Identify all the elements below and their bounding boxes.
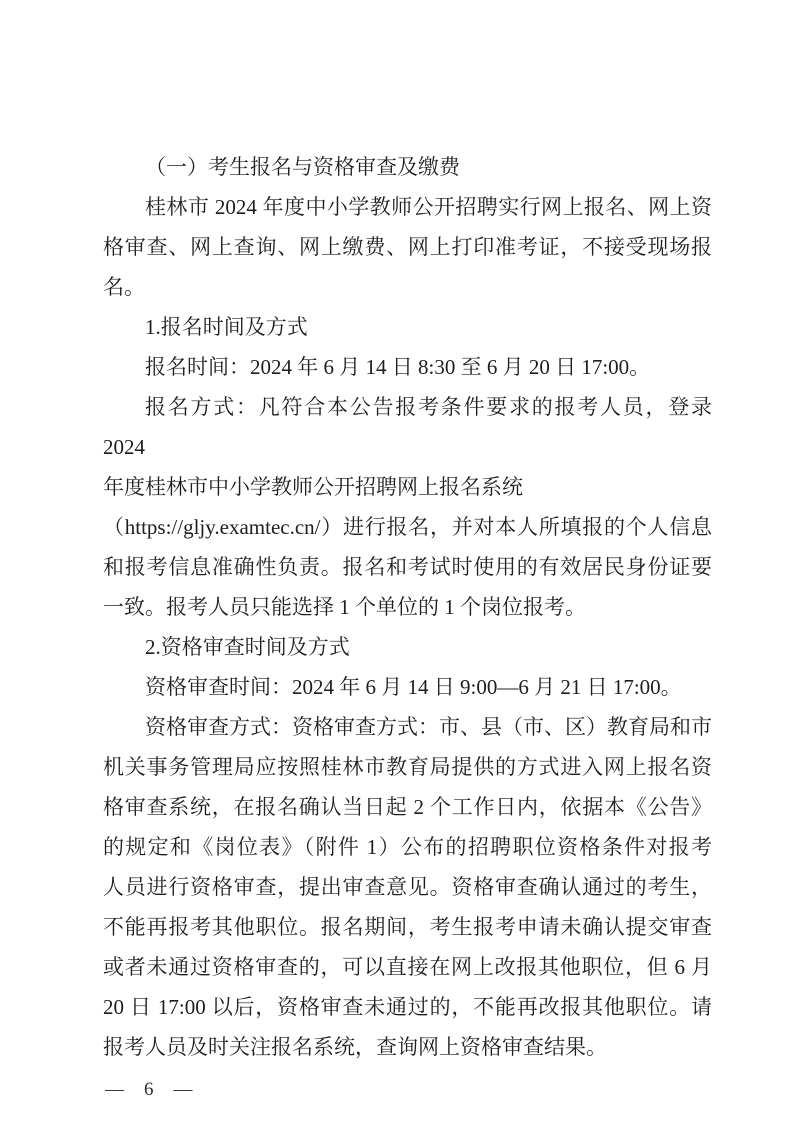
text-line: 20 日 17:00 以后，资格审查未通过的，不能再改报其他职位。请 [103, 987, 712, 1027]
text-line: 一致。报考人员只能选择 1 个单位的 1 个岗位报考。 [103, 587, 712, 627]
text-line: 格审查系统，在报名确认当日起 2 个工作日内，依据本《公告》 [103, 787, 712, 827]
section-heading: （一）考生报名与资格审查及缴费 [103, 147, 712, 187]
footer-right-dash: — [174, 1078, 193, 1102]
text-line: 资格审查方式：资格审查方式：市、县（市、区）教育局和市 [103, 707, 712, 747]
text-line: 报名方式：凡符合本公告报考条件要求的报考人员，登录 2024 [103, 387, 712, 467]
text-line: 和报考信息准确性负责。报名和考试时使用的有效居民身份证要 [103, 547, 712, 587]
page-footer: — 6 — [103, 1078, 712, 1102]
text-line: 机关事务管理局应按照桂林市教育局提供的方式进入网上报名资 [103, 747, 712, 787]
sub-heading: 2.资格审查时间及方式 [103, 627, 712, 667]
page-number: 6 [144, 1078, 154, 1102]
text-line: （https://gljy.examtec.cn/）进行报名，并对本人所填报的个… [103, 507, 712, 547]
text-line: 的规定和《岗位表》（附件 1）公布的招聘职位资格条件对报考 [103, 827, 712, 867]
text-line: 人员进行资格审查，提出审查意见。资格审查确认通过的考生， [103, 867, 712, 907]
text-line: 资格审查时间：2024 年 6 月 14 日 9:00—6 月 21 日 17:… [103, 667, 712, 707]
text-line: 名。 [103, 267, 712, 307]
document-page: （一）考生报名与资格审查及缴费桂林市 2024 年度中小学教师公开招聘实行网上报… [0, 0, 800, 1131]
text-line: 报考人员及时关注报名系统，查询网上资格审查结果。 [103, 1027, 712, 1067]
text-line: 格审查、网上查询、网上缴费、网上打印准考证，不接受现场报 [103, 227, 712, 267]
text-line: 或者未通过资格审查的，可以直接在网上改报其他职位，但 6 月 [103, 947, 712, 987]
text-line: 桂林市 2024 年度中小学教师公开招聘实行网上报名、网上资 [103, 187, 712, 227]
document-body: （一）考生报名与资格审查及缴费桂林市 2024 年度中小学教师公开招聘实行网上报… [103, 147, 712, 1067]
sub-heading: 1.报名时间及方式 [103, 307, 712, 347]
text-line: 年度桂林市中小学教师公开招聘网上报名系统 [103, 467, 712, 507]
text-line: 不能再报考其他职位。报名期间，考生报考申请未确认提交审查 [103, 907, 712, 947]
text-line: 报名时间：2024 年 6 月 14 日 8:30 至 6 月 20 日 17:… [103, 347, 712, 387]
footer-left-dash: — [105, 1078, 124, 1102]
